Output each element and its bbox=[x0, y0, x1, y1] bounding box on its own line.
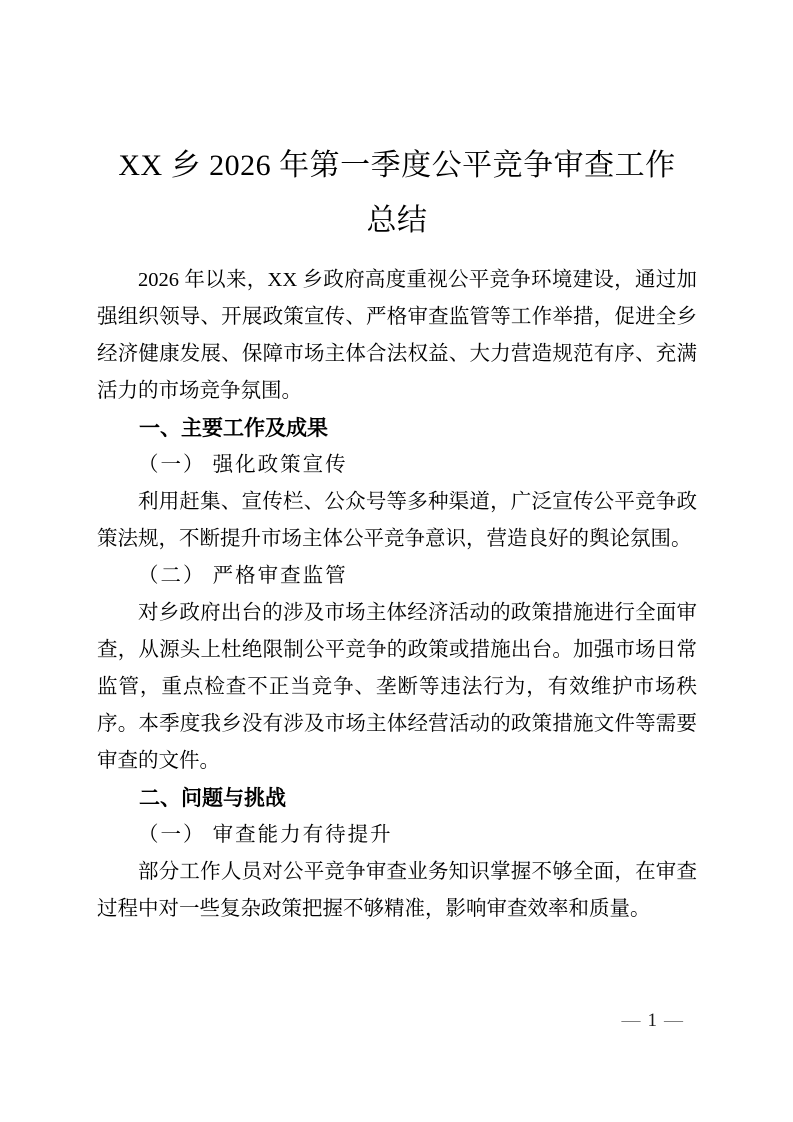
intro-paragraph: 2026 年以来，XX 乡政府高度重视公平竞争环境建设，通过加强组织领导、开展政… bbox=[97, 262, 697, 410]
page-number: —1— bbox=[622, 1008, 684, 1034]
page-number-dash-left: — bbox=[622, 1010, 641, 1031]
section-1-heading: 一、主要工作及成果 bbox=[97, 410, 697, 447]
section-2-sub-1-heading: （一） 审查能力有待提升 bbox=[97, 817, 697, 854]
section-2-heading: 二、问题与挑战 bbox=[97, 780, 697, 817]
page-number-dash-right: — bbox=[664, 1010, 683, 1031]
section-1-sub-2-heading: （二） 严格审查监管 bbox=[97, 558, 697, 595]
page-number-value: 1 bbox=[641, 1010, 665, 1031]
section-2-sub-1-body: 部分工作人员对公平竞争审查业务知识掌握不够全面，在审查过程中对一些复杂政策把握不… bbox=[97, 854, 697, 928]
document-page: XX 乡 2026 年第一季度公平竞争审查工作总结 2026 年以来，XX 乡政… bbox=[0, 0, 793, 1122]
section-1-sub-2-body: 对乡政府出台的涉及市场主体经济活动的政策措施进行全面审查，从源头上杜绝限制公平竞… bbox=[97, 595, 697, 780]
document-title: XX 乡 2026 年第一季度公平竞争审查工作总结 bbox=[105, 138, 690, 248]
section-1-sub-1-heading: （一） 强化政策宣传 bbox=[97, 447, 697, 484]
document-content: XX 乡 2026 年第一季度公平竞争审查工作总结 2026 年以来，XX 乡政… bbox=[0, 0, 793, 928]
section-1-sub-1-body: 利用赶集、宣传栏、公众号等多种渠道，广泛宣传公平竞争政策法规，不断提升市场主体公… bbox=[97, 484, 697, 558]
